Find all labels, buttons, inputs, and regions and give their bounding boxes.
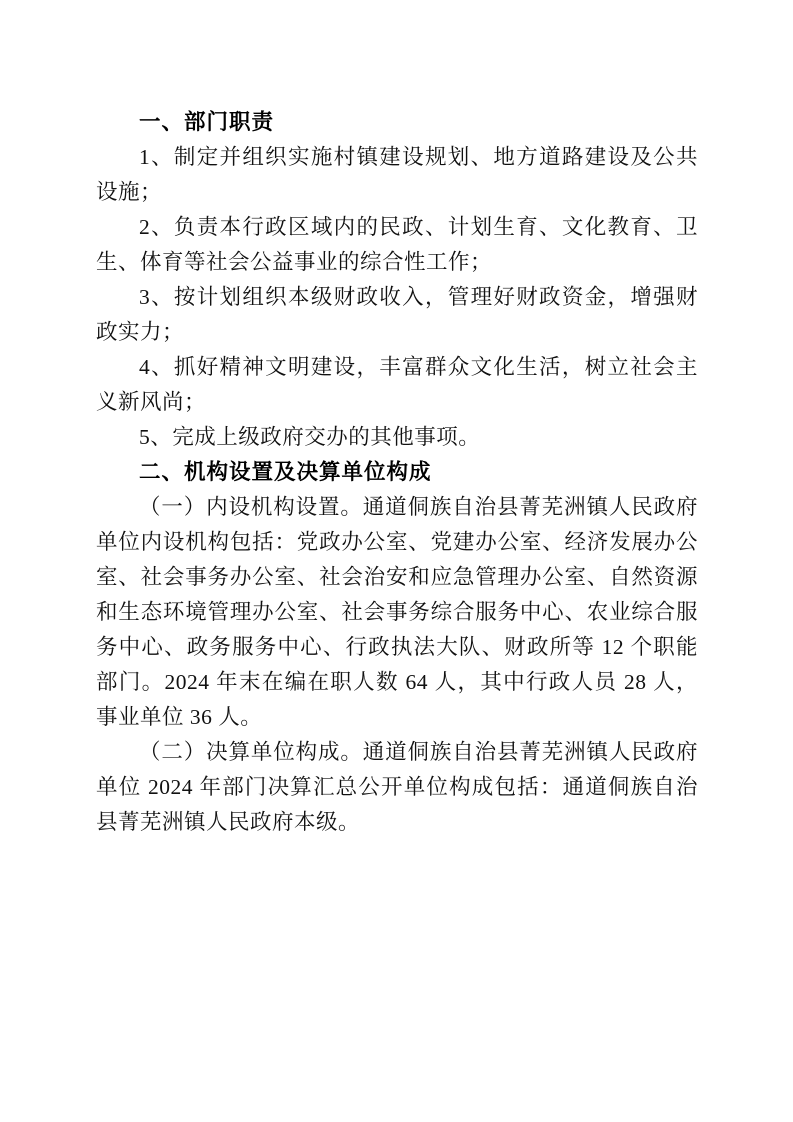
document-page: 一、部门职责 1、制定并组织实施村镇建设规划、地方道路建设及公共设施； 2、负责… bbox=[0, 0, 793, 1122]
duty-item-3: 3、按计划组织本级财政收入，管理好财政资金，增强财政实力； bbox=[96, 280, 698, 350]
duty-item-2: 2、负责本行政区域内的民政、计划生育、文化教育、卫生、体育等社会公益事业的综合性… bbox=[96, 210, 698, 280]
duty-item-1: 1、制定并组织实施村镇建设规划、地方道路建设及公共设施； bbox=[96, 140, 698, 210]
duty-item-5: 5、完成上级政府交办的其他事项。 bbox=[96, 420, 698, 455]
section-heading-org-structure: 二、机构设置及决算单位构成 bbox=[96, 455, 698, 490]
duty-item-4: 4、抓好精神文明建设，丰富群众文化生活，树立社会主义新风尚； bbox=[96, 350, 698, 420]
paragraph-budget-unit-composition: （二）决算单位构成。通道侗族自治县菁芜洲镇人民政府单位 2024 年部门决算汇总… bbox=[96, 735, 698, 840]
document-body: 一、部门职责 1、制定并组织实施村镇建设规划、地方道路建设及公共设施； 2、负责… bbox=[96, 105, 698, 840]
paragraph-internal-org: （一）内设机构设置。通道侗族自治县菁芜洲镇人民政府单位内设机构包括：党政办公室、… bbox=[96, 490, 698, 735]
section-heading-duties: 一、部门职责 bbox=[96, 105, 698, 140]
